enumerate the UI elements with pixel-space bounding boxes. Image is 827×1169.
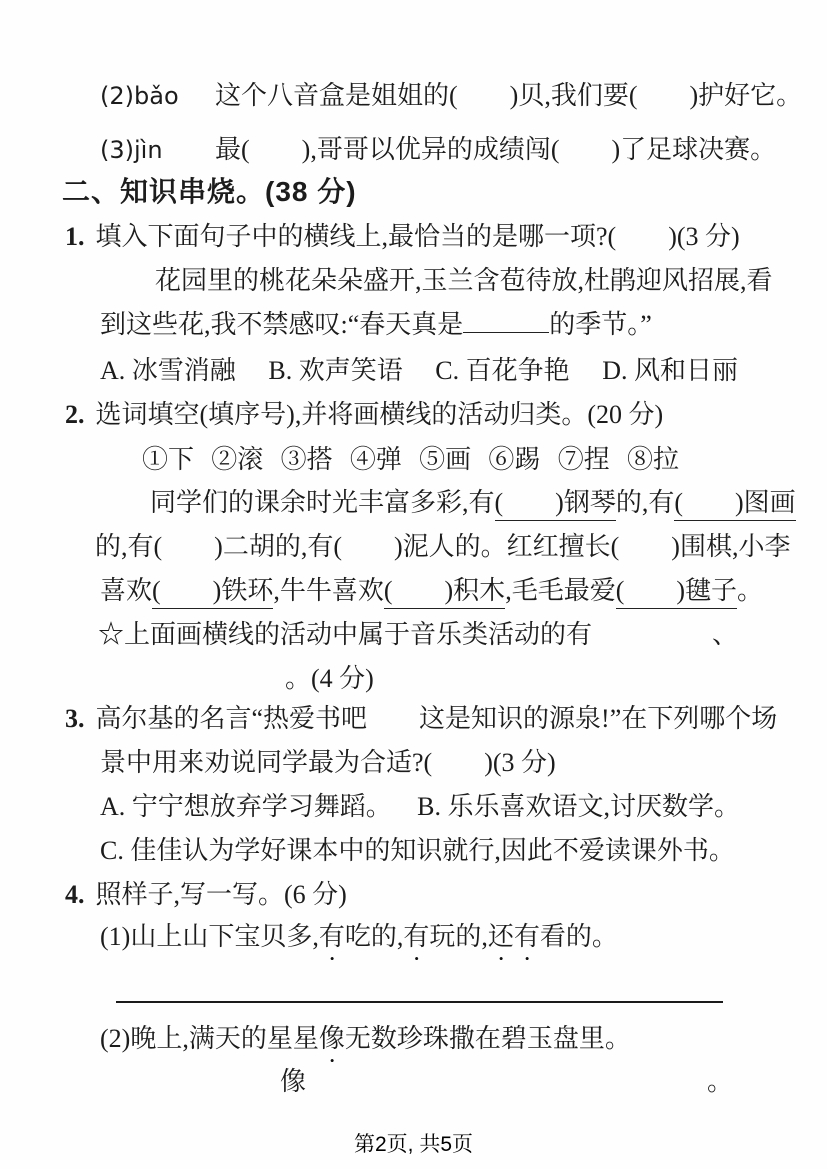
question-4-fill-line: 像 。 xyxy=(280,1066,733,1099)
word-choice-8: ⑧拉 xyxy=(627,444,679,477)
question-4-sub-1: (1)山上山下宝贝多,有吃的,有玩的,还有看的。 xyxy=(100,921,618,966)
stem-text: 选词填空(填序号),并将画横线的活动归类。(20 分) xyxy=(96,400,664,429)
word-choice-2: ②滚 xyxy=(211,444,263,477)
option-d: D. 风和日丽 xyxy=(602,355,738,388)
exam-page: (2)bǎo这个八音盒是姐姐的( )贝,我们要( )护好它。 (3)jìn最( … xyxy=(0,0,827,1169)
word-choice-7: ⑦捏 xyxy=(558,444,610,477)
sentence-pre: 到这些花,我不禁感叹:“春天真是 xyxy=(100,310,463,339)
emphasized-word: 有 xyxy=(319,922,345,951)
fill-keyword: 像 xyxy=(280,1066,306,1099)
text-segment: ,毛毛最爱 xyxy=(505,576,616,605)
question-2-stem: 2.选词填空(填序号),并将画横线的活动归类。(20 分) xyxy=(65,399,663,432)
underlined-activity: ( )钢琴 xyxy=(495,488,616,521)
fill-blank-line xyxy=(463,330,549,333)
emphasized-word: 像 xyxy=(319,1024,345,1053)
pinyin-label: (3)jìn xyxy=(100,135,215,165)
option-b: B. 乐乐喜欢语文,讨厌数学。 xyxy=(417,791,740,824)
question-number: 4. xyxy=(65,880,85,909)
star-question-tail: 。(4 分) xyxy=(285,663,374,696)
text-segment: 无数珍珠撒在碧玉盘里。 xyxy=(345,1024,631,1053)
answer-writing-line xyxy=(116,1001,723,1003)
question-number: 1. xyxy=(65,222,85,251)
text-segment: (1)山上山下宝贝多, xyxy=(100,922,319,951)
word-choice-4: ④弹 xyxy=(350,444,402,477)
question-2-word-bank: ①下 ②滚 ③搭 ④弹 ⑤画 ⑥踢 ⑦捏 ⑧拉 xyxy=(142,444,679,477)
pinyin-label: (2)bǎo xyxy=(100,81,215,111)
question-2-body-line-3: 喜欢( )铁环,牛牛喜欢( )积木,毛毛最爱( )毽子。 xyxy=(100,575,763,608)
question-1-options: A. 冰雪消融 B. 欢声笑语 C. 百花争艳 D. 风和日丽 xyxy=(100,355,738,388)
option-c: C. 佳佳认为学好课本中的知识就行,因此不爱读课外书。 xyxy=(100,835,735,868)
question-number: 2. xyxy=(65,400,85,429)
question-1-stem: 1.填入下面句子中的横线上,最恰当的是哪一项?( )(3 分) xyxy=(65,221,740,254)
page-number-footer: 第2页, 共5页 xyxy=(0,1128,827,1158)
text-segment: 喜欢 xyxy=(100,576,152,605)
question-3-options-ab: A. 宁宁想放弃学习舞蹈。 B. 乐乐喜欢语文,讨厌数学。 xyxy=(100,791,740,824)
underlined-activity: ( )图画 xyxy=(674,488,795,521)
sentence-post: 的季节。” xyxy=(549,310,652,339)
word-choice-5: ⑤画 xyxy=(419,444,471,477)
stem-text: 填入下面句子中的横线上,最恰当的是哪一项?( )(3 分) xyxy=(96,222,740,251)
question-3-stem-line-2: 景中用来劝说同学最为合适?( )(3 分) xyxy=(100,747,556,780)
star-question-text: ☆上面画横线的活动中属于音乐类活动的有 xyxy=(98,619,592,652)
question-4-stem: 4.照样子,写一写。(6 分) xyxy=(65,879,347,912)
word-choice-1: ①下 xyxy=(142,444,194,477)
pinyin-item-3: (3)jìn最( ),哥哥以优异的成绩闯( )了足球决赛。 xyxy=(100,134,776,167)
underlined-activity: ( )铁环 xyxy=(152,576,273,609)
text-segment: 。 xyxy=(737,576,763,605)
text-segment: 吃的, xyxy=(345,922,404,951)
fill-period: 。 xyxy=(707,1066,733,1099)
question-2-body-line-2: 的,有( )二胡的,有( )泥人的。红红擅长( )围棋,小李 xyxy=(95,531,790,564)
text-segment: 的,有 xyxy=(616,488,675,517)
word-choice-6: ⑥踢 xyxy=(488,444,540,477)
item-text: 这个八音盒是姐姐的( )贝,我们要( )护好它。 xyxy=(215,81,802,110)
option-a: A. 宁宁想放弃学习舞蹈。 xyxy=(100,791,392,824)
pinyin-item-2: (2)bǎo这个八音盒是姐姐的( )贝,我们要( )护好它。 xyxy=(100,80,802,113)
text-segment: 玩的, xyxy=(429,922,488,951)
section-heading: 二、知识串烧。(38 分) xyxy=(62,174,357,209)
text-segment: ,牛牛喜欢 xyxy=(273,576,384,605)
question-2-body-line-1: 同学们的课余时光丰富多彩,有( )钢琴的,有( )图画 xyxy=(150,487,796,520)
question-1-body-line-1: 花园里的桃花朵朵盛开,玉兰含苞待放,杜鹃迎风招展,看 xyxy=(155,265,773,298)
underlined-activity: ( )积木 xyxy=(384,576,505,609)
text-segment: 看的。 xyxy=(540,922,618,951)
word-choice-3: ③搭 xyxy=(281,444,333,477)
enumeration-comma: 、 xyxy=(712,619,738,652)
question-number: 3. xyxy=(65,704,85,733)
option-c: C. 百花争艳 xyxy=(435,355,569,388)
question-2-star-subquestion: ☆上面画横线的活动中属于音乐类活动的有 、 xyxy=(98,619,738,652)
option-b: B. 欢声笑语 xyxy=(268,355,402,388)
text-segment: (2)晚上,满天的星星 xyxy=(100,1024,319,1053)
stem-text: 照样子,写一写。(6 分) xyxy=(96,880,347,909)
text-segment: 同学们的课余时光丰富多彩,有 xyxy=(150,488,495,517)
underlined-activity: ( )毽子 xyxy=(616,576,737,609)
question-4-sub-2: (2)晚上,满天的星星像无数珍珠撒在碧玉盘里。 xyxy=(100,1023,631,1068)
option-a: A. 冰雪消融 xyxy=(100,355,236,388)
stem-text: 高尔基的名言“热爱书吧 这是知识的源泉!”在下列哪个场 xyxy=(96,704,778,733)
item-text: 最( ),哥哥以优异的成绩闯( )了足球决赛。 xyxy=(215,135,776,164)
emphasized-word: 还有 xyxy=(488,922,540,951)
question-1-body-line-2: 到这些花,我不禁感叹:“春天真是的季节。” xyxy=(100,309,652,342)
emphasized-word: 有 xyxy=(403,922,429,951)
question-3-stem-line-1: 3.高尔基的名言“热爱书吧 这是知识的源泉!”在下列哪个场 xyxy=(65,703,777,736)
